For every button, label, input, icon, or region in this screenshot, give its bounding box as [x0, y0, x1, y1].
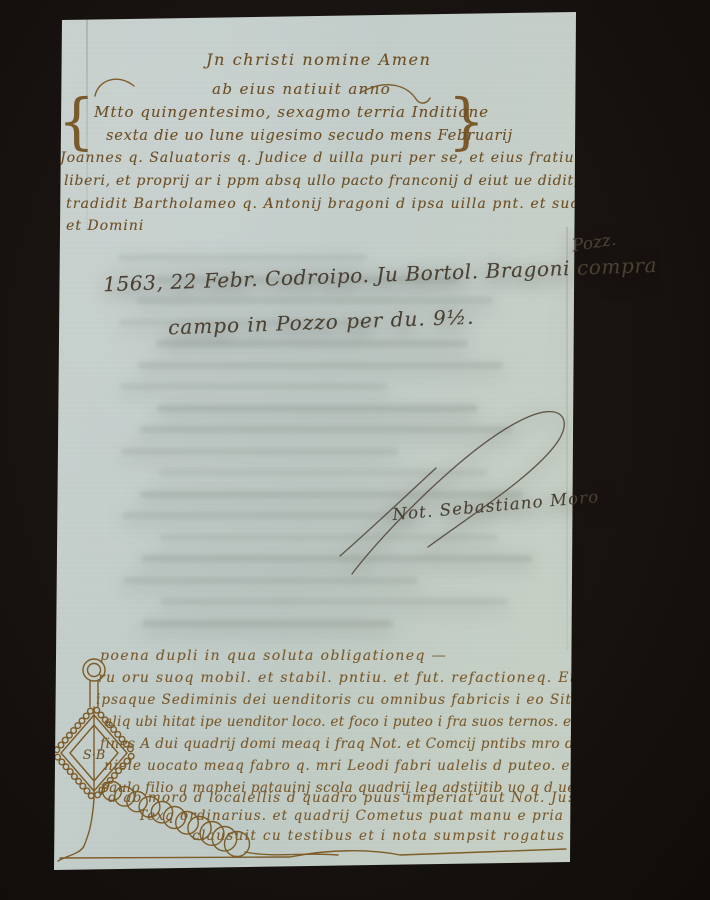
- notary-initials: S·B: [83, 748, 106, 763]
- photo-backdrop: Jn christi nomine Amen ab eius natiuit a…: [0, 0, 710, 900]
- notary-mark: S·B: [40, 630, 160, 880]
